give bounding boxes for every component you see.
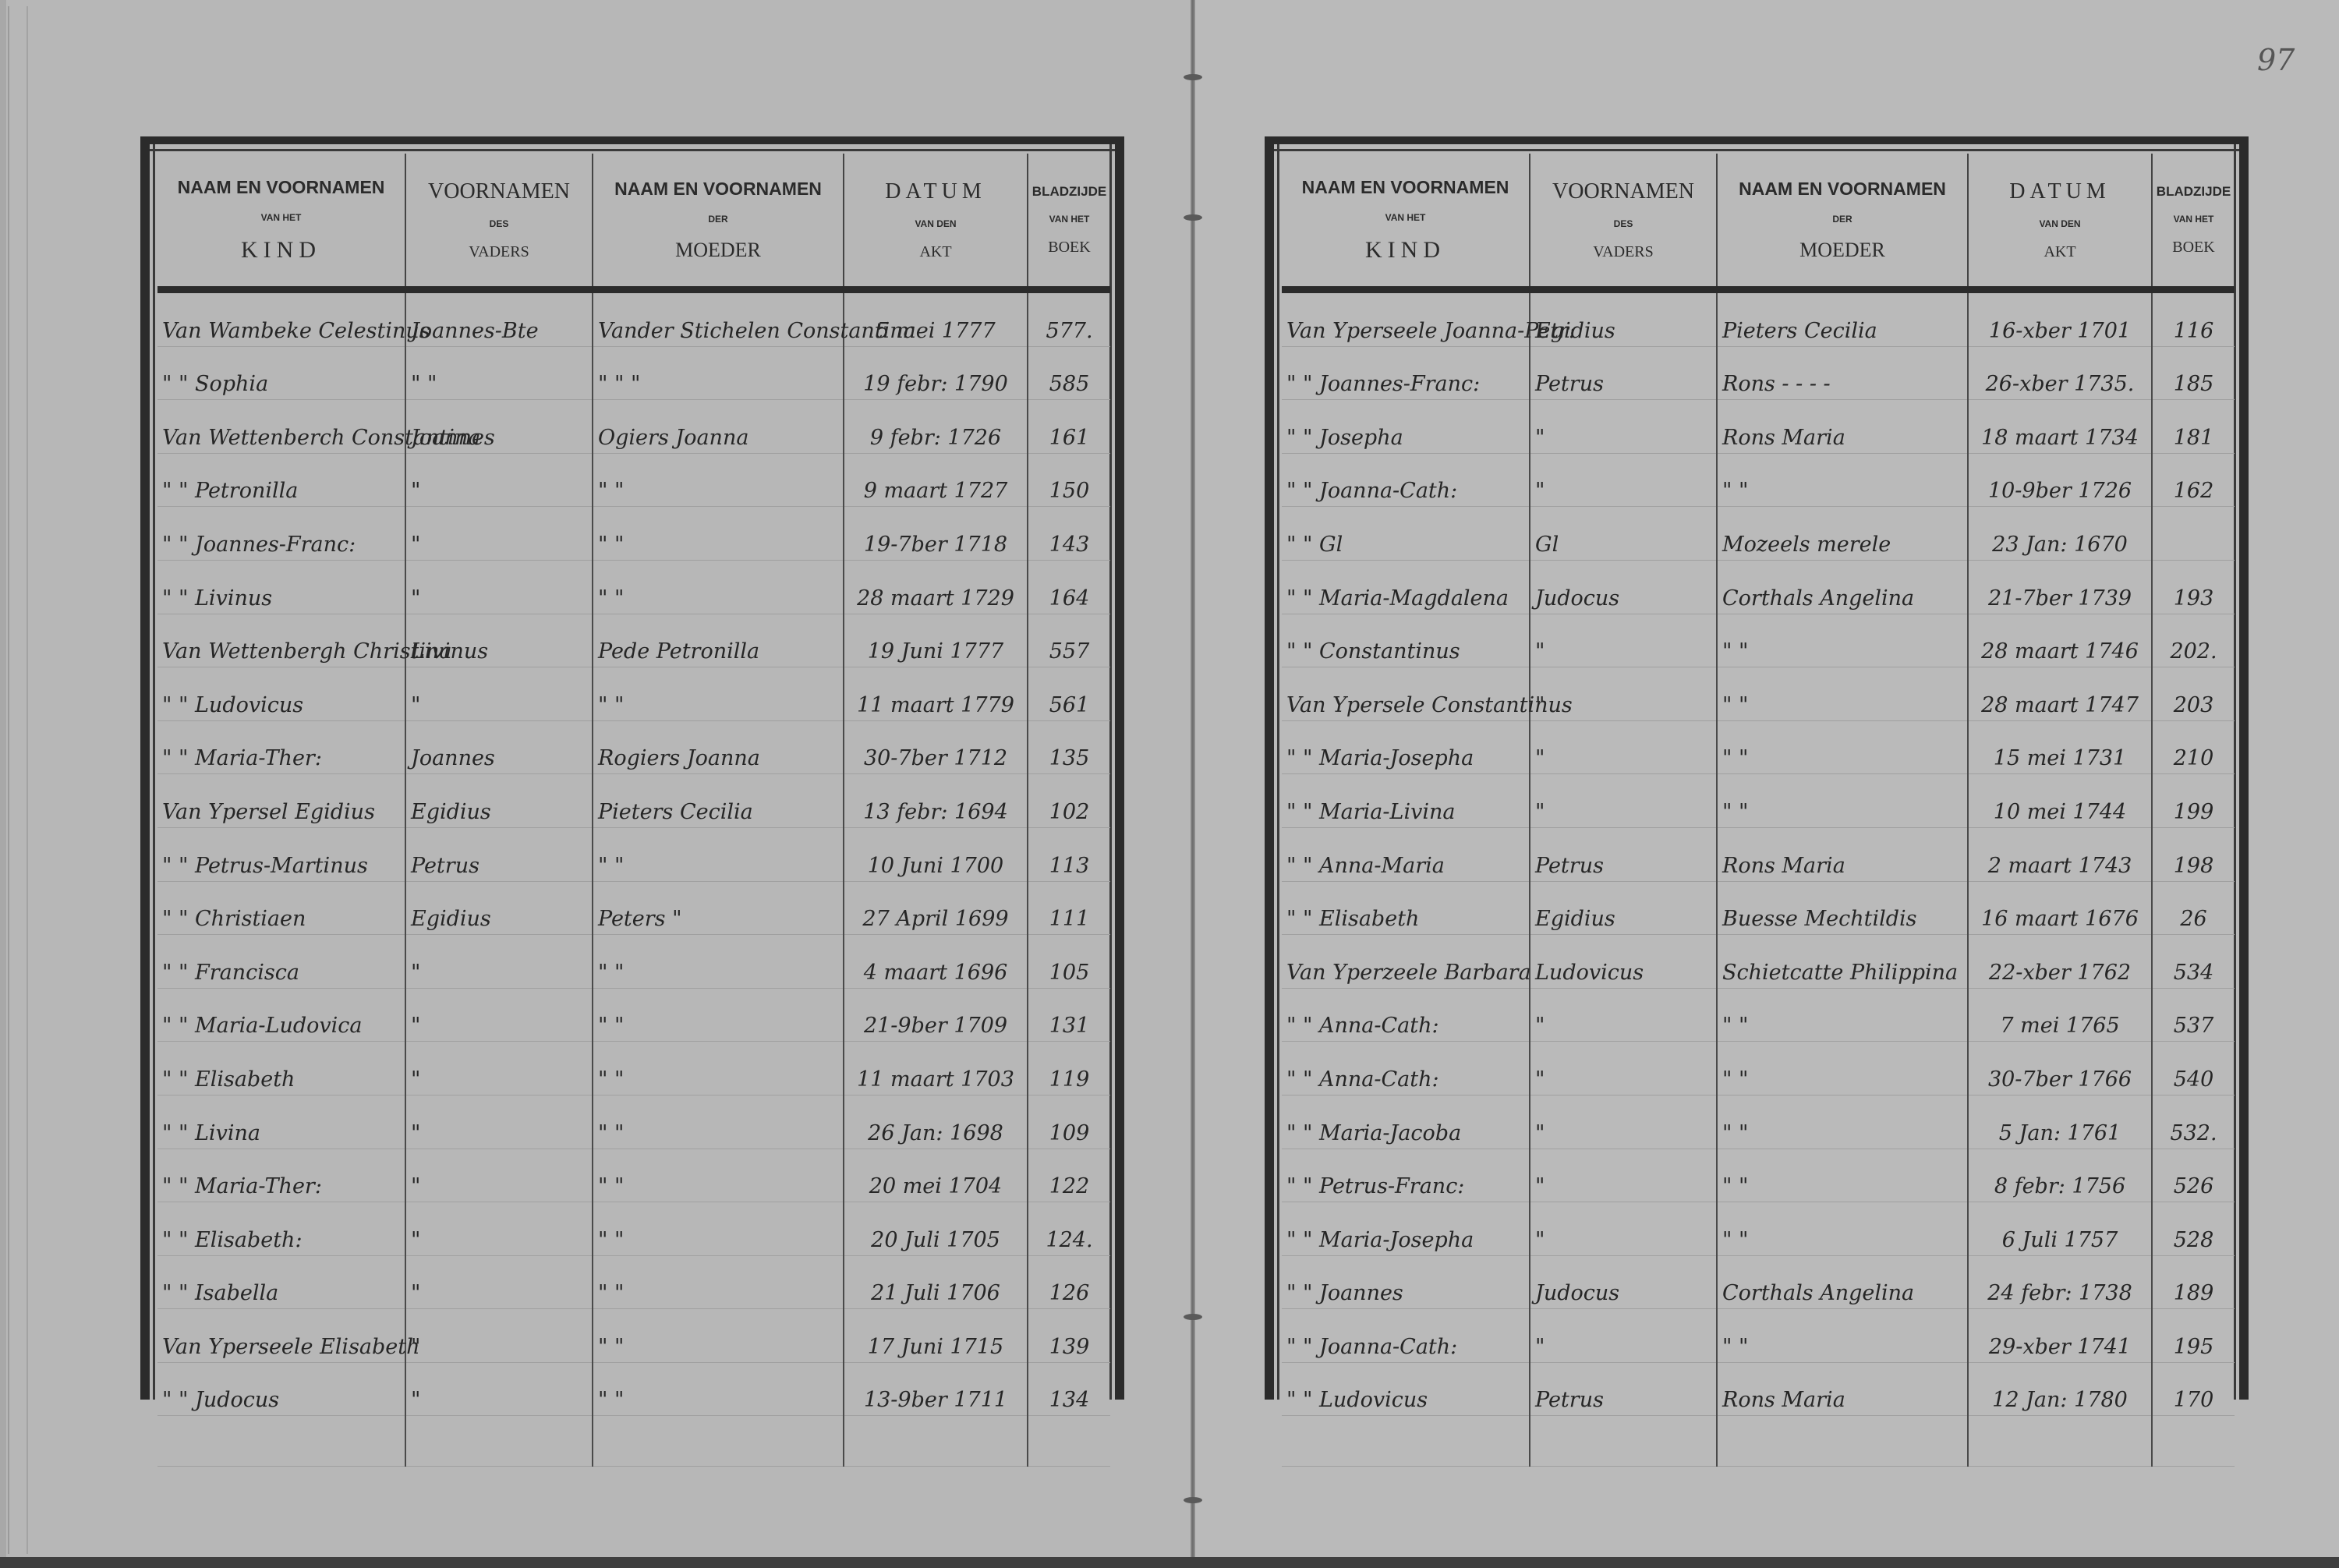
blank-cell bbox=[2152, 1416, 2235, 1467]
register-row: " " Maria-Livina"" "10 mei 1744199 bbox=[1282, 774, 2235, 828]
child-name-cell: " " Constantinus bbox=[1282, 614, 1530, 667]
register-grid-left: NAAM EN VOORNAMEN VAN HET KIND VOORNAMEN… bbox=[157, 154, 1110, 1467]
child-name-cell: " " Judocus bbox=[157, 1362, 405, 1416]
father-name-cell: Joannes bbox=[405, 720, 593, 774]
deed-date-cell: 19 Juni 1777 bbox=[844, 614, 1028, 667]
register-row: " " Petrus-MartinusPetrus" "10 Juni 1700… bbox=[157, 827, 1110, 881]
header-child-name: NAAM EN VOORNAMEN VAN HET KIND bbox=[157, 154, 405, 290]
child-name-cell: " " Joanna-Cath: bbox=[1282, 1309, 1530, 1363]
book-page-cell: 139 bbox=[1028, 1309, 1110, 1363]
mother-name-cell: Corthals Angelina bbox=[1717, 560, 1968, 614]
book-page-cell: 119 bbox=[1028, 1042, 1110, 1095]
header-page: BLADZIJDE VAN HET BOEK bbox=[2152, 154, 2235, 290]
child-name-cell: " " Ludovicus bbox=[1282, 1362, 1530, 1416]
mother-name-cell: " " bbox=[1717, 1042, 1968, 1095]
mother-name-cell: " " bbox=[1717, 614, 1968, 667]
book-page-cell: 122 bbox=[1028, 1149, 1110, 1202]
register-row: " " Maria-Jacoba"" "5 Jan: 1761532. bbox=[1282, 1095, 2235, 1149]
book-page-cell: 134 bbox=[1028, 1362, 1110, 1416]
deed-date-cell: 29-xber 1741 bbox=[1968, 1309, 2152, 1363]
register-row: " " Constantinus"" "28 maart 1746202. bbox=[1282, 614, 2235, 667]
book-page-cell bbox=[2152, 507, 2235, 561]
mother-name-cell: Rons Maria bbox=[1717, 400, 1968, 454]
book-edge bbox=[0, 0, 6, 1568]
register-row: " " ElisabethEgidiusBuesse Mechtildis16 … bbox=[1282, 881, 2235, 935]
father-name-cell: Egidius bbox=[1530, 881, 1717, 935]
mother-name-cell: " " bbox=[593, 827, 844, 881]
father-name-cell: " bbox=[1530, 1042, 1717, 1095]
mother-name-cell: " " bbox=[593, 1095, 844, 1149]
book-page-cell: 210 bbox=[2152, 720, 2235, 774]
book-page-cell: 561 bbox=[1028, 667, 1110, 721]
register-row: Van Wettenbergh ChristinaLivinusPede Pet… bbox=[157, 614, 1110, 667]
deed-date-cell: 16-xber 1701 bbox=[1968, 290, 2152, 347]
book-page-cell: 124. bbox=[1028, 1202, 1110, 1256]
book-page-cell: 150 bbox=[1028, 453, 1110, 507]
father-name-cell: " bbox=[1530, 614, 1717, 667]
father-name-cell: " bbox=[1530, 1095, 1717, 1149]
father-name-cell: " bbox=[1530, 1149, 1717, 1202]
deed-date-cell: 8 febr: 1756 bbox=[1968, 1149, 2152, 1202]
father-name-cell: " bbox=[405, 1362, 593, 1416]
child-name-cell: " " Anna-Cath: bbox=[1282, 988, 1530, 1042]
child-name-cell: " " Petronilla bbox=[157, 453, 405, 507]
deed-date-cell: 11 maart 1779 bbox=[844, 667, 1028, 721]
mother-name-cell: Vander Stichelen Constantina bbox=[593, 290, 844, 347]
blank-cell bbox=[1282, 1416, 1530, 1467]
register-row: " " Anna-Cath:"" "7 mei 1765537 bbox=[1282, 988, 2235, 1042]
blank-row bbox=[157, 1416, 1110, 1467]
blank-cell bbox=[405, 1416, 593, 1467]
binding-stitch bbox=[1184, 1314, 1202, 1320]
register-row: Van Yperseele Elisabeth"" "17 Juni 17151… bbox=[157, 1309, 1110, 1363]
blank-cell bbox=[1968, 1416, 2152, 1467]
register-row: " " Joanna-Cath:"" "10-9ber 1726162 bbox=[1282, 453, 2235, 507]
book-page-cell: 143 bbox=[1028, 507, 1110, 561]
deed-date-cell: 10 Juni 1700 bbox=[844, 827, 1028, 881]
child-name-cell: " " Christiaen bbox=[157, 881, 405, 935]
book-page-cell: 162 bbox=[2152, 453, 2235, 507]
header-date: DATUM VAN DEN AKT bbox=[1968, 154, 2152, 290]
deed-date-cell: 17 Juni 1715 bbox=[844, 1309, 1028, 1363]
child-name-cell: " " Maria-Ther: bbox=[157, 720, 405, 774]
register-row: " " Anna-MariaPetrusRons Maria2 maart 17… bbox=[1282, 827, 2235, 881]
mother-name-cell: " " bbox=[1717, 774, 1968, 828]
deed-date-cell: 21-7ber 1739 bbox=[1968, 560, 2152, 614]
deed-date-cell: 12 Jan: 1780 bbox=[1968, 1362, 2152, 1416]
book-page-cell: 540 bbox=[2152, 1042, 2235, 1095]
register-row: " " Sophia" "" " "19 febr: 1790585 bbox=[157, 346, 1110, 400]
father-name-cell: Petrus bbox=[1530, 827, 1717, 881]
child-name-cell: " " Elisabeth: bbox=[157, 1202, 405, 1256]
register-row: " " Maria-Ther:JoannesRogiers Joanna30-7… bbox=[157, 720, 1110, 774]
deed-date-cell: 9 maart 1727 bbox=[844, 453, 1028, 507]
book-gutter bbox=[1191, 0, 1195, 1568]
register-row: Van Ypersele Constantinus"" "28 maart 17… bbox=[1282, 667, 2235, 721]
mother-name-cell: " " bbox=[593, 935, 844, 989]
child-name-cell: " " Joannes-Franc: bbox=[1282, 346, 1530, 400]
register-row: " " Elisabeth"" "11 maart 1703119 bbox=[157, 1042, 1110, 1095]
child-name-cell: Van Yperseele Elisabeth bbox=[157, 1309, 405, 1363]
deed-date-cell: 10-9ber 1726 bbox=[1968, 453, 2152, 507]
deed-date-cell: 28 maart 1746 bbox=[1968, 614, 2152, 667]
deed-date-cell: 21-9ber 1709 bbox=[844, 988, 1028, 1042]
child-name-cell: " " Josepha bbox=[1282, 400, 1530, 454]
mother-name-cell: Pede Petronilla bbox=[593, 614, 844, 667]
book-page-cell: 131 bbox=[1028, 988, 1110, 1042]
child-name-cell: " " Maria-Magdalena bbox=[1282, 560, 1530, 614]
mother-name-cell: " " bbox=[1717, 1095, 1968, 1149]
deed-date-cell: 19-7ber 1718 bbox=[844, 507, 1028, 561]
deed-date-cell: 13 febr: 1694 bbox=[844, 774, 1028, 828]
register-grid-right: NAAM EN VOORNAMEN VAN HET KIND VOORNAMEN… bbox=[1282, 154, 2235, 1467]
father-name-cell: " bbox=[405, 988, 593, 1042]
book-page-cell: 585 bbox=[1028, 346, 1110, 400]
book-page-cell: 577. bbox=[1028, 290, 1110, 347]
deed-date-cell: 7 mei 1765 bbox=[1968, 988, 2152, 1042]
register-row: " " Maria-MagdalenaJudocusCorthals Angel… bbox=[1282, 560, 2235, 614]
register-rows-left: Van Wambeke CelestinusJoannes-BteVander … bbox=[157, 290, 1110, 1467]
child-name-cell: Van Wettenbergh Christina bbox=[157, 614, 405, 667]
mother-name-cell: Rogiers Joanna bbox=[593, 720, 844, 774]
register-row: " " Ludovicus"" "11 maart 1779561 bbox=[157, 667, 1110, 721]
mother-name-cell: Rons Maria bbox=[1717, 1362, 1968, 1416]
blank-cell bbox=[844, 1416, 1028, 1467]
scan-bottom-shadow bbox=[0, 1557, 2339, 1568]
deed-date-cell: 10 mei 1744 bbox=[1968, 774, 2152, 828]
father-name-cell: " bbox=[405, 1309, 593, 1363]
mother-name-cell: " " bbox=[593, 453, 844, 507]
register-rows-right: Van Yperseele Joanna-Petr:EgidiusPieters… bbox=[1282, 290, 2235, 1467]
register-row: " " ChristiaenEgidiusPeters "27 April 16… bbox=[157, 881, 1110, 935]
book-page-cell: 532. bbox=[2152, 1095, 2235, 1149]
mother-name-cell: " " bbox=[593, 1042, 844, 1095]
book-page-cell: 198 bbox=[2152, 827, 2235, 881]
deed-date-cell: 22-xber 1762 bbox=[1968, 935, 2152, 989]
child-name-cell: " " Livinus bbox=[157, 560, 405, 614]
child-name-cell: " " Francisca bbox=[157, 935, 405, 989]
deed-date-cell: 21 Juli 1706 bbox=[844, 1255, 1028, 1309]
book-page-cell: 170 bbox=[2152, 1362, 2235, 1416]
book-page-cell: 202. bbox=[2152, 614, 2235, 667]
book-page-cell: 126 bbox=[1028, 1255, 1110, 1309]
deed-date-cell: 16 maart 1676 bbox=[1968, 881, 2152, 935]
mother-name-cell: " " bbox=[1717, 667, 1968, 721]
register-row: " " LudovicusPetrusRons Maria12 Jan: 178… bbox=[1282, 1362, 2235, 1416]
child-name-cell: " " Ludovicus bbox=[157, 667, 405, 721]
deed-date-cell: 30-7ber 1712 bbox=[844, 720, 1028, 774]
deed-date-cell: 26 Jan: 1698 bbox=[844, 1095, 1028, 1149]
father-name-cell: Judocus bbox=[1530, 560, 1717, 614]
child-name-cell: Van Yperzeele Barbara bbox=[1282, 935, 1530, 989]
book-page-cell: 116 bbox=[2152, 290, 2235, 347]
deed-date-cell: 6 Juli 1757 bbox=[1968, 1202, 2152, 1256]
father-name-cell: " bbox=[405, 560, 593, 614]
register-row: " " Josepha"Rons Maria18 maart 1734181 bbox=[1282, 400, 2235, 454]
child-name-cell: " " Maria-Josepha bbox=[1282, 1202, 1530, 1256]
deed-date-cell: 28 maart 1729 bbox=[844, 560, 1028, 614]
father-name-cell: " bbox=[1530, 400, 1717, 454]
header-mother-name: NAAM EN VOORNAMEN DER MOEDER bbox=[593, 154, 844, 290]
child-name-cell: " " Livina bbox=[157, 1095, 405, 1149]
father-name-cell: " bbox=[405, 935, 593, 989]
register-row: Van Wettenberch ConstantinaJoannesOgiers… bbox=[157, 400, 1110, 454]
book-page-cell: 111 bbox=[1028, 881, 1110, 935]
binding-stitch bbox=[1184, 214, 1202, 221]
header-mother-name: NAAM EN VOORNAMEN DER MOEDER bbox=[1717, 154, 1968, 290]
father-name-cell: " bbox=[405, 1255, 593, 1309]
child-name-cell: " " Maria-Ther: bbox=[157, 1149, 405, 1202]
father-name-cell: " bbox=[1530, 1309, 1717, 1363]
register-row: " " Maria-Ther:"" "20 mei 1704122 bbox=[157, 1149, 1110, 1202]
deed-date-cell: 4 maart 1696 bbox=[844, 935, 1028, 989]
father-name-cell: " bbox=[405, 1095, 593, 1149]
mother-name-cell: Rons Maria bbox=[1717, 827, 1968, 881]
deed-date-cell: 18 maart 1734 bbox=[1968, 400, 2152, 454]
register-row: " " Anna-Cath:"" "30-7ber 1766540 bbox=[1282, 1042, 2235, 1095]
deed-date-cell: 15 mei 1731 bbox=[1968, 720, 2152, 774]
child-name-cell: " " Elisabeth bbox=[157, 1042, 405, 1095]
mother-name-cell: " " bbox=[593, 1309, 844, 1363]
header-date: DATUM VAN DEN AKT bbox=[844, 154, 1028, 290]
book-page-cell: 203 bbox=[2152, 667, 2235, 721]
child-name-cell: " " Petrus-Franc: bbox=[1282, 1149, 1530, 1202]
mother-name-cell: Pieters Cecilia bbox=[1717, 290, 1968, 347]
deed-date-cell: 26-xber 1735. bbox=[1968, 346, 2152, 400]
mother-name-cell: " " bbox=[593, 507, 844, 561]
deed-date-cell: 20 Juli 1705 bbox=[844, 1202, 1028, 1256]
child-name-cell: Van Wettenberch Constantina bbox=[157, 400, 405, 454]
register-row: " " GlGlMozeels merele23 Jan: 1670 bbox=[1282, 507, 2235, 561]
deed-date-cell: 2 maart 1743 bbox=[1968, 827, 2152, 881]
father-name-cell: Ludovicus bbox=[1530, 935, 1717, 989]
header-row: NAAM EN VOORNAMEN VAN HET KIND VOORNAMEN… bbox=[1282, 154, 2235, 290]
mother-name-cell: Rons - - - - bbox=[1717, 346, 1968, 400]
register-row: " " Joanna-Cath:"" "29-xber 1741195 bbox=[1282, 1309, 2235, 1363]
child-name-cell: Van Ypersel Egidius bbox=[157, 774, 405, 828]
book-page-cell: 557 bbox=[1028, 614, 1110, 667]
father-name-cell: Joannes-Bte bbox=[405, 290, 593, 347]
child-name-cell: " " Maria-Jacoba bbox=[1282, 1095, 1530, 1149]
child-name-cell: " " Joanna-Cath: bbox=[1282, 453, 1530, 507]
child-name-cell: " " Maria-Ludovica bbox=[157, 988, 405, 1042]
binding-stitch bbox=[1184, 74, 1202, 80]
father-name-cell: " bbox=[405, 1149, 593, 1202]
book-page-cell: 193 bbox=[2152, 560, 2235, 614]
book-page-cell: 537 bbox=[2152, 988, 2235, 1042]
father-name-cell: Egidius bbox=[1530, 290, 1717, 347]
father-name-cell: " bbox=[405, 507, 593, 561]
deed-date-cell: 27 April 1699 bbox=[844, 881, 1028, 935]
book-page-cell: 102 bbox=[1028, 774, 1110, 828]
child-name-cell: " " Gl bbox=[1282, 507, 1530, 561]
page-stack-edge bbox=[8, 6, 28, 1554]
father-name-cell: " bbox=[1530, 774, 1717, 828]
father-name-cell: " bbox=[405, 1042, 593, 1095]
deed-date-cell: 11 maart 1703 bbox=[844, 1042, 1028, 1095]
register-row: " " Judocus"" "13-9ber 1711134 bbox=[157, 1362, 1110, 1416]
book-page-cell: 526 bbox=[2152, 1149, 2235, 1202]
register-row: Van Yperseele Joanna-Petr:EgidiusPieters… bbox=[1282, 290, 2235, 347]
folio-number: 97 bbox=[2257, 43, 2295, 77]
father-name-cell: " bbox=[1530, 720, 1717, 774]
child-name-cell: " " Anna-Maria bbox=[1282, 827, 1530, 881]
child-name-cell: " " Maria-Livina bbox=[1282, 774, 1530, 828]
book-page-cell: 105 bbox=[1028, 935, 1110, 989]
header-child-name: NAAM EN VOORNAMEN VAN HET KIND bbox=[1282, 154, 1530, 290]
register-row: " " Livinus"" "28 maart 1729164 bbox=[157, 560, 1110, 614]
header-father-names: VOORNAMEN DES VADERS bbox=[1530, 154, 1717, 290]
father-name-cell: Petrus bbox=[1530, 346, 1717, 400]
book-page-cell: 534 bbox=[2152, 935, 2235, 989]
mother-name-cell: " " bbox=[1717, 453, 1968, 507]
deed-date-cell: 19 febr: 1790 bbox=[844, 346, 1028, 400]
register-row: " " Elisabeth:"" "20 Juli 1705124. bbox=[157, 1202, 1110, 1256]
father-name-cell: " bbox=[405, 1202, 593, 1256]
register-row: Van Wambeke CelestinusJoannes-BteVander … bbox=[157, 290, 1110, 347]
mother-name-cell: Corthals Angelina bbox=[1717, 1255, 1968, 1309]
father-name-cell: Judocus bbox=[1530, 1255, 1717, 1309]
deed-date-cell: 24 febr: 1738 bbox=[1968, 1255, 2152, 1309]
register-row: " " Francisca"" "4 maart 1696105 bbox=[157, 935, 1110, 989]
mother-name-cell: " " bbox=[593, 667, 844, 721]
mother-name-cell: " " bbox=[593, 1362, 844, 1416]
father-name-cell: " bbox=[1530, 988, 1717, 1042]
mother-name-cell: " " bbox=[1717, 720, 1968, 774]
mother-name-cell: Mozeels merele bbox=[1717, 507, 1968, 561]
register-row: Van Yperzeele BarbaraLudovicusSchietcatt… bbox=[1282, 935, 2235, 989]
book-page-cell: 528 bbox=[2152, 1202, 2235, 1256]
mother-name-cell: Schietcatte Philippina bbox=[1717, 935, 1968, 989]
child-name-cell: " " Joannes-Franc: bbox=[157, 507, 405, 561]
book-page-cell: 181 bbox=[2152, 400, 2235, 454]
mother-name-cell: " " bbox=[1717, 988, 1968, 1042]
deed-date-cell: 13-9ber 1711 bbox=[844, 1362, 1028, 1416]
book-page-cell: 199 bbox=[2152, 774, 2235, 828]
child-name-cell: " " Sophia bbox=[157, 346, 405, 400]
deed-date-cell: 20 mei 1704 bbox=[844, 1149, 1028, 1202]
deed-date-cell: 23 Jan: 1670 bbox=[1968, 507, 2152, 561]
header-father-names: VOORNAMEN DES VADERS bbox=[405, 154, 593, 290]
blank-cell bbox=[593, 1416, 844, 1467]
blank-cell bbox=[1028, 1416, 1110, 1467]
child-name-cell: Van Ypersele Constantinus bbox=[1282, 667, 1530, 721]
child-name-cell: " " Maria-Josepha bbox=[1282, 720, 1530, 774]
child-name-cell: Van Wambeke Celestinus bbox=[157, 290, 405, 347]
father-name-cell: Gl bbox=[1530, 507, 1717, 561]
register-table-left: NAAM EN VOORNAMEN VAN HET KIND VOORNAMEN… bbox=[140, 136, 1124, 1400]
book-page-cell: 164 bbox=[1028, 560, 1110, 614]
book-page-cell: 26 bbox=[2152, 881, 2235, 935]
child-name-cell: " " Joannes bbox=[1282, 1255, 1530, 1309]
register-row: " " Joannes-Franc:PetrusRons - - - -26-x… bbox=[1282, 346, 2235, 400]
mother-name-cell: " " bbox=[593, 560, 844, 614]
mother-name-cell: Buesse Mechtildis bbox=[1717, 881, 1968, 935]
father-name-cell: " bbox=[405, 667, 593, 721]
deed-date-cell: 30-7ber 1766 bbox=[1968, 1042, 2152, 1095]
father-name-cell: Joannes bbox=[405, 400, 593, 454]
child-name-cell: " " Isabella bbox=[157, 1255, 405, 1309]
father-name-cell: " " bbox=[405, 346, 593, 400]
register-row: " " Maria-Josepha"" "6 Juli 1757528 bbox=[1282, 1202, 2235, 1256]
child-name-cell: " " Anna-Cath: bbox=[1282, 1042, 1530, 1095]
mother-name-cell: " " bbox=[593, 988, 844, 1042]
blank-cell bbox=[1530, 1416, 1717, 1467]
register-row: " " Maria-Ludovica"" "21-9ber 1709131 bbox=[157, 988, 1110, 1042]
header-page: BLADZIJDE VAN HET BOEK bbox=[1028, 154, 1110, 290]
mother-name-cell: " " " bbox=[593, 346, 844, 400]
mother-name-cell: " " bbox=[1717, 1202, 1968, 1256]
book-page-cell: 161 bbox=[1028, 400, 1110, 454]
register-row: Van Ypersel EgidiusEgidiusPieters Cecili… bbox=[157, 774, 1110, 828]
mother-name-cell: " " bbox=[593, 1149, 844, 1202]
register-row: " " Joannes-Franc:"" "19-7ber 1718143 bbox=[157, 507, 1110, 561]
book-page-cell: 189 bbox=[2152, 1255, 2235, 1309]
father-name-cell: Petrus bbox=[405, 827, 593, 881]
blank-cell bbox=[1717, 1416, 1968, 1467]
father-name-cell: Egidius bbox=[405, 774, 593, 828]
mother-name-cell: Peters " bbox=[593, 881, 844, 935]
register-row: " " Isabella"" "21 Juli 1706126 bbox=[157, 1255, 1110, 1309]
register-table-right: NAAM EN VOORNAMEN VAN HET KIND VOORNAMEN… bbox=[1265, 136, 2249, 1400]
register-row: " " Maria-Josepha"" "15 mei 1731210 bbox=[1282, 720, 2235, 774]
father-name-cell: Livinus bbox=[405, 614, 593, 667]
mother-name-cell: " " bbox=[1717, 1149, 1968, 1202]
book-page-cell: 109 bbox=[1028, 1095, 1110, 1149]
child-name-cell: Van Yperseele Joanna-Petr: bbox=[1282, 290, 1530, 347]
father-name-cell: " bbox=[1530, 1202, 1717, 1256]
register-row: " " Livina"" "26 Jan: 1698109 bbox=[157, 1095, 1110, 1149]
header-row: NAAM EN VOORNAMEN VAN HET KIND VOORNAMEN… bbox=[157, 154, 1110, 290]
book-page-cell: 135 bbox=[1028, 720, 1110, 774]
deed-date-cell: 9 febr: 1726 bbox=[844, 400, 1028, 454]
deed-date-cell: 5 Jan: 1761 bbox=[1968, 1095, 2152, 1149]
mother-name-cell: Ogiers Joanna bbox=[593, 400, 844, 454]
register-row: " " Petronilla"" "9 maart 1727150 bbox=[157, 453, 1110, 507]
father-name-cell: Petrus bbox=[1530, 1362, 1717, 1416]
mother-name-cell: " " bbox=[593, 1255, 844, 1309]
book-page-cell: 185 bbox=[2152, 346, 2235, 400]
deed-date-cell: 28 maart 1747 bbox=[1968, 667, 2152, 721]
father-name-cell: " bbox=[405, 453, 593, 507]
child-name-cell: " " Elisabeth bbox=[1282, 881, 1530, 935]
binding-stitch bbox=[1184, 1497, 1202, 1503]
father-name-cell: " bbox=[1530, 453, 1717, 507]
book-page-cell: 113 bbox=[1028, 827, 1110, 881]
blank-cell bbox=[157, 1416, 405, 1467]
book-page-cell: 195 bbox=[2152, 1309, 2235, 1363]
mother-name-cell: " " bbox=[1717, 1309, 1968, 1363]
register-row: " " JoannesJudocusCorthals Angelina24 fe… bbox=[1282, 1255, 2235, 1309]
mother-name-cell: " " bbox=[593, 1202, 844, 1256]
register-row: " " Petrus-Franc:"" "8 febr: 1756526 bbox=[1282, 1149, 2235, 1202]
blank-row bbox=[1282, 1416, 2235, 1467]
mother-name-cell: Pieters Cecilia bbox=[593, 774, 844, 828]
father-name-cell: Egidius bbox=[405, 881, 593, 935]
child-name-cell: " " Petrus-Martinus bbox=[157, 827, 405, 881]
